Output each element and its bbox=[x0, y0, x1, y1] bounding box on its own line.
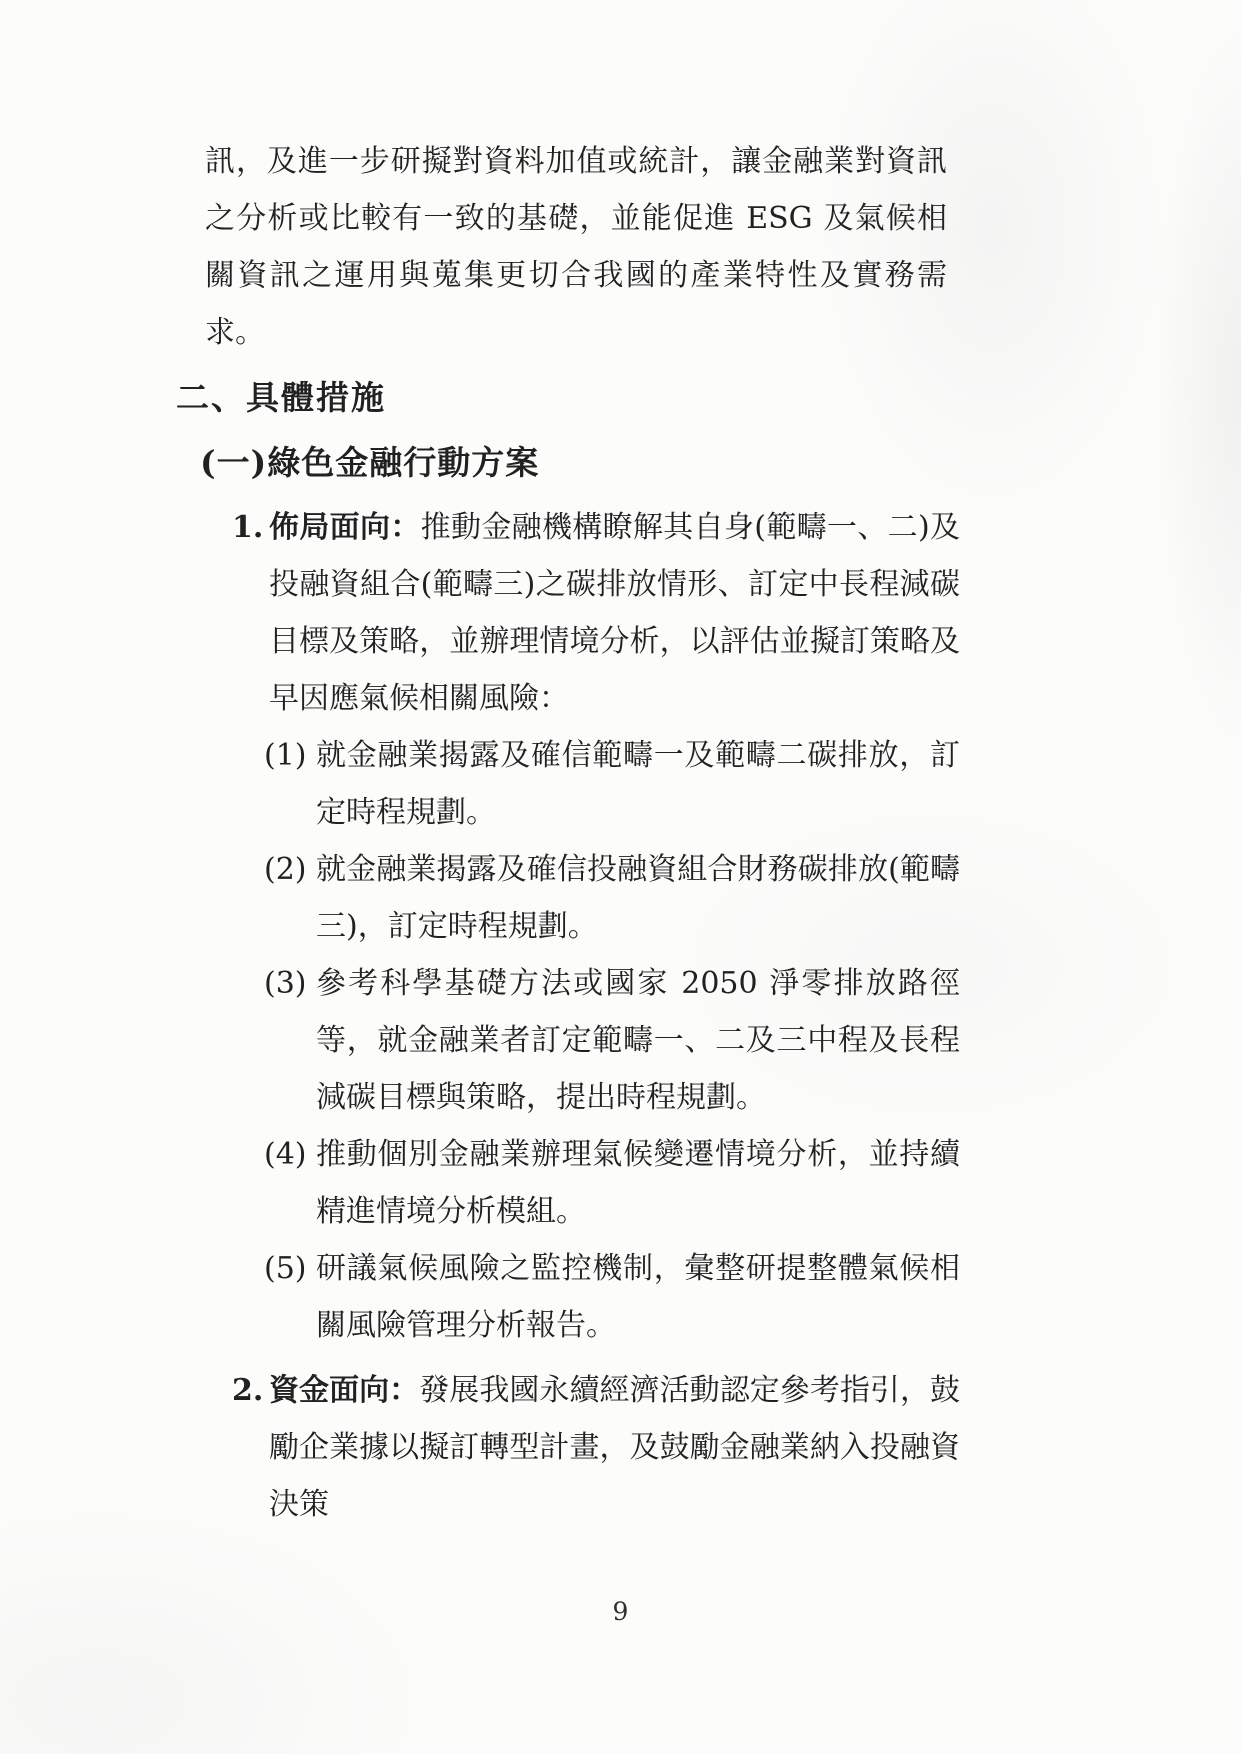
item-2-number: 2. bbox=[232, 1362, 269, 1533]
subitem-2: (2) 就金融業揭露及確信投融資組合財務碳排放(範疇三)，訂定時程規劃。 bbox=[264, 841, 960, 955]
item-1-text: 佈局面向：推動金融機構瞭解其自身(範疇一、二)及投融資組合(範疇三)之碳排放情形… bbox=[269, 499, 960, 727]
item-1-lead: 1. 佈局面向：推動金融機構瞭解其自身(範疇一、二)及投融資組合(範疇三)之碳排… bbox=[232, 499, 960, 727]
item-2-text: 資金面向：發展我國永續經濟活動認定參考指引，鼓勵企業據以擬訂轉型計畫，及鼓勵金融… bbox=[269, 1362, 960, 1533]
subitem-3-number: (3) bbox=[264, 955, 316, 1126]
subitem-4: (4) 推動個別金融業辦理氣候變遷情境分析，並持續精進情境分析模組。 bbox=[264, 1126, 960, 1240]
subitem-4-number: (4) bbox=[264, 1126, 316, 1240]
subitem-1-number: (1) bbox=[264, 727, 316, 841]
page-number: 9 bbox=[0, 1592, 1241, 1632]
subitem-3: (3) 參考科學基礎方法或國家 2050 淨零排放路徑等，就金融業者訂定範疇一、… bbox=[264, 955, 960, 1126]
subitem-5: (5) 研議氣候風險之監控機制，彙整研提整體氣候相關風險管理分析報告。 bbox=[264, 1240, 960, 1354]
list-item-2: 2. 資金面向：發展我國永續經濟活動認定參考指引，鼓勵企業據以擬訂轉型計畫，及鼓… bbox=[0, 1362, 1241, 1533]
subsection-heading: (一)綠色金融行動方案 bbox=[200, 434, 1241, 491]
subitem-5-number: (5) bbox=[264, 1240, 316, 1354]
intro-paragraph: 訊，及進一步研擬對資料加值或統計，讓金融業對資訊之分析或比較有一致的基礎，並能促… bbox=[205, 133, 947, 361]
document-page: 訊，及進一步研擬對資料加值或統計，讓金融業對資訊之分析或比較有一致的基礎，並能促… bbox=[0, 0, 1241, 1754]
subitem-1-text: 就金融業揭露及確信範疇一及範疇二碳排放，訂定時程規劃。 bbox=[316, 727, 960, 841]
subitem-2-text: 就金融業揭露及確信投融資組合財務碳排放(範疇三)，訂定時程規劃。 bbox=[316, 841, 960, 955]
item-1-number: 1. bbox=[232, 499, 269, 727]
subitem-2-number: (2) bbox=[264, 841, 316, 955]
item-2-lead: 2. 資金面向：發展我國永續經濟活動認定參考指引，鼓勵企業據以擬訂轉型計畫，及鼓… bbox=[232, 1362, 960, 1533]
section-heading: 二、具體措施 bbox=[176, 369, 1241, 426]
subitem-4-text: 推動個別金融業辦理氣候變遷情境分析，並持續精進情境分析模組。 bbox=[316, 1126, 960, 1240]
item-2-title: 資金面向： bbox=[269, 1373, 419, 1408]
subitem-5-text: 研議氣候風險之監控機制，彙整研提整體氣候相關風險管理分析報告。 bbox=[316, 1240, 960, 1354]
subitem-3-text: 參考科學基礎方法或國家 2050 淨零排放路徑等，就金融業者訂定範疇一、二及三中… bbox=[316, 955, 960, 1126]
subitem-1: (1) 就金融業揭露及確信範疇一及範疇二碳排放，訂定時程規劃。 bbox=[264, 727, 960, 841]
list-item-1: 1. 佈局面向：推動金融機構瞭解其自身(範疇一、二)及投融資組合(範疇三)之碳排… bbox=[0, 499, 1241, 1354]
item-1-title: 佈局面向： bbox=[269, 510, 421, 545]
